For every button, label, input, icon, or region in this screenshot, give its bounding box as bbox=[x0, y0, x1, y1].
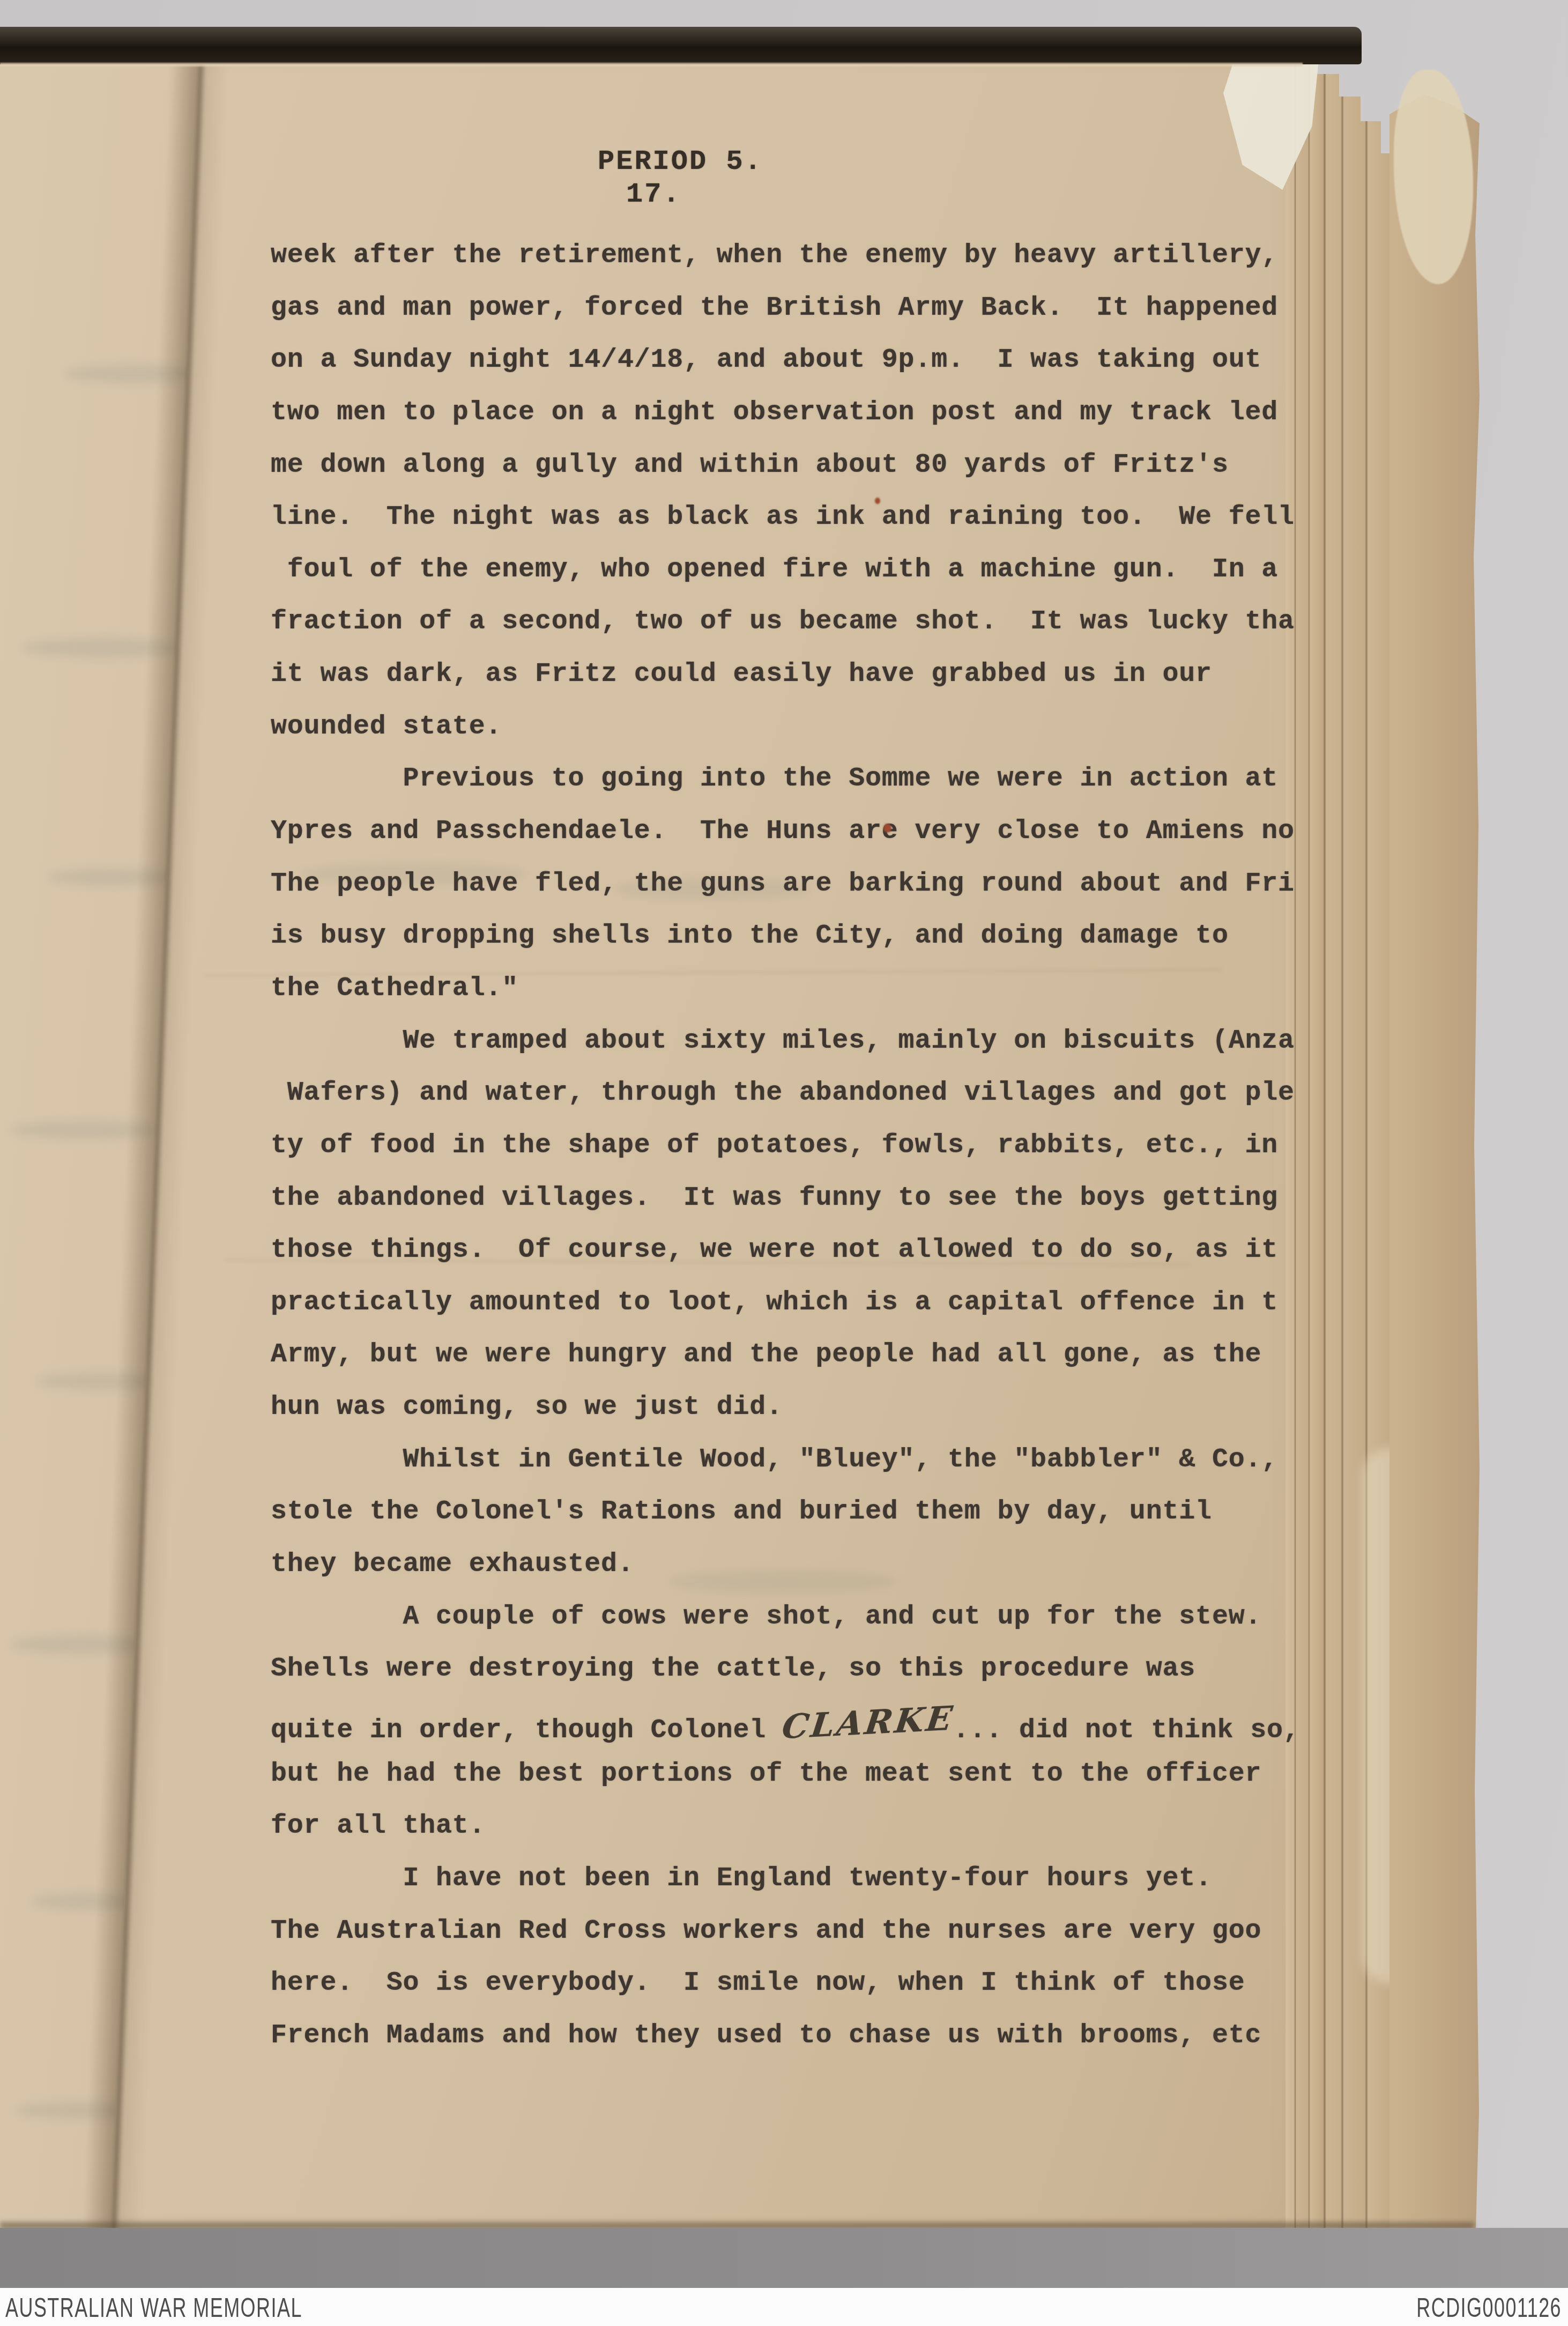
red-ink-speck bbox=[875, 498, 880, 504]
id-label: RCDIG0001126 bbox=[1416, 2292, 1562, 2323]
typed-line: they became exhausted. bbox=[271, 1549, 1343, 1602]
typed-line: the Cathedral." bbox=[271, 973, 1343, 1026]
typed-line: stole the Colonel's Rations and buried t… bbox=[271, 1497, 1343, 1549]
typed-line: Whilst in Gentile Wood, "Bluey", the "ba… bbox=[271, 1445, 1343, 1497]
typed-line: I have not been in England twenty-four h… bbox=[271, 1863, 1343, 1916]
footer-bar: AUSTRALIAN WAR MEMORIAL RCDIG0001126 bbox=[0, 2288, 1568, 2326]
typed-line: line. The night was as black as ink and … bbox=[271, 502, 1343, 554]
typed-line: but he had the best portions of the meat… bbox=[271, 1759, 1343, 1811]
typed-line: The Australian Red Cross workers and the… bbox=[271, 1916, 1343, 1968]
typed-line: it was dark, as Fritz could easily have … bbox=[271, 659, 1343, 712]
typed-line: two men to place on a night observation … bbox=[271, 397, 1343, 450]
handwritten-name: CLARKE bbox=[780, 1699, 956, 1747]
typed-line: The people have fled, the guns are barki… bbox=[271, 869, 1343, 921]
typed-line: wounded state. bbox=[271, 712, 1343, 764]
typed-text: week after the retirement, when the enem… bbox=[271, 240, 1343, 2072]
red-ink-speck bbox=[883, 824, 891, 833]
typed-line: gas and man power, forced the British Ar… bbox=[271, 293, 1343, 345]
typed-line: quite in order, though Colonel CLARKE...… bbox=[271, 1706, 1343, 1759]
awm-label: AUSTRALIAN WAR MEMORIAL bbox=[5, 2292, 302, 2323]
typed-line: Ypres and Passchendaele. The Huns are ve… bbox=[271, 816, 1343, 869]
typed-line: practically amounted to loot, which is a… bbox=[271, 1287, 1343, 1340]
typed-line: is busy dropping shells into the City, a… bbox=[271, 921, 1343, 973]
page-top-edge-highlight bbox=[0, 63, 1303, 66]
typed-line: foul of the enemy, who opened fire with … bbox=[271, 554, 1343, 607]
typed-line: A couple of cows were shot, and cut up f… bbox=[271, 1602, 1343, 1654]
typed-line: hun was coming, so we just did. bbox=[271, 1392, 1343, 1445]
typed-line: me down along a gully and within about 8… bbox=[271, 450, 1343, 502]
typed-line: Wafers) and water, through the abandoned… bbox=[271, 1078, 1343, 1130]
book-shadow bbox=[0, 2228, 1568, 2288]
outer-page-edge bbox=[1389, 63, 1480, 2229]
page-number: 17. bbox=[626, 179, 681, 210]
typed-line: the abandoned villages. It was funny to … bbox=[271, 1183, 1343, 1235]
typed-line: fraction of a second, two of us became s… bbox=[271, 606, 1343, 659]
typed-line: Army, but we were hungry and the people … bbox=[271, 1339, 1343, 1392]
scanned-document: PERIOD 5. 17. week after the retirement,… bbox=[0, 0, 1568, 2326]
book-top-edge-shadow bbox=[0, 27, 1362, 64]
page-header-period: PERIOD 5. bbox=[598, 146, 763, 177]
typed-line: here. So is everybody. I smile now, when… bbox=[271, 1968, 1343, 2020]
typed-line: French Madams and how they used to chase… bbox=[271, 2020, 1343, 2073]
typed-line: for all that. bbox=[271, 1811, 1343, 1863]
typed-line: Previous to going into the Somme we were… bbox=[271, 764, 1343, 816]
typed-line: We tramped about sixty miles, mainly on … bbox=[271, 1026, 1343, 1078]
typed-line: on a Sunday night 14/4/18, and about 9p.… bbox=[271, 345, 1343, 397]
typed-line: ty of food in the shape of potatoes, fow… bbox=[271, 1130, 1343, 1183]
typed-line: Shells were destroying the cattle, so th… bbox=[271, 1654, 1343, 1706]
typed-line: week after the retirement, when the enem… bbox=[271, 240, 1343, 293]
typed-line: those things. Of course, we were not all… bbox=[271, 1235, 1343, 1287]
